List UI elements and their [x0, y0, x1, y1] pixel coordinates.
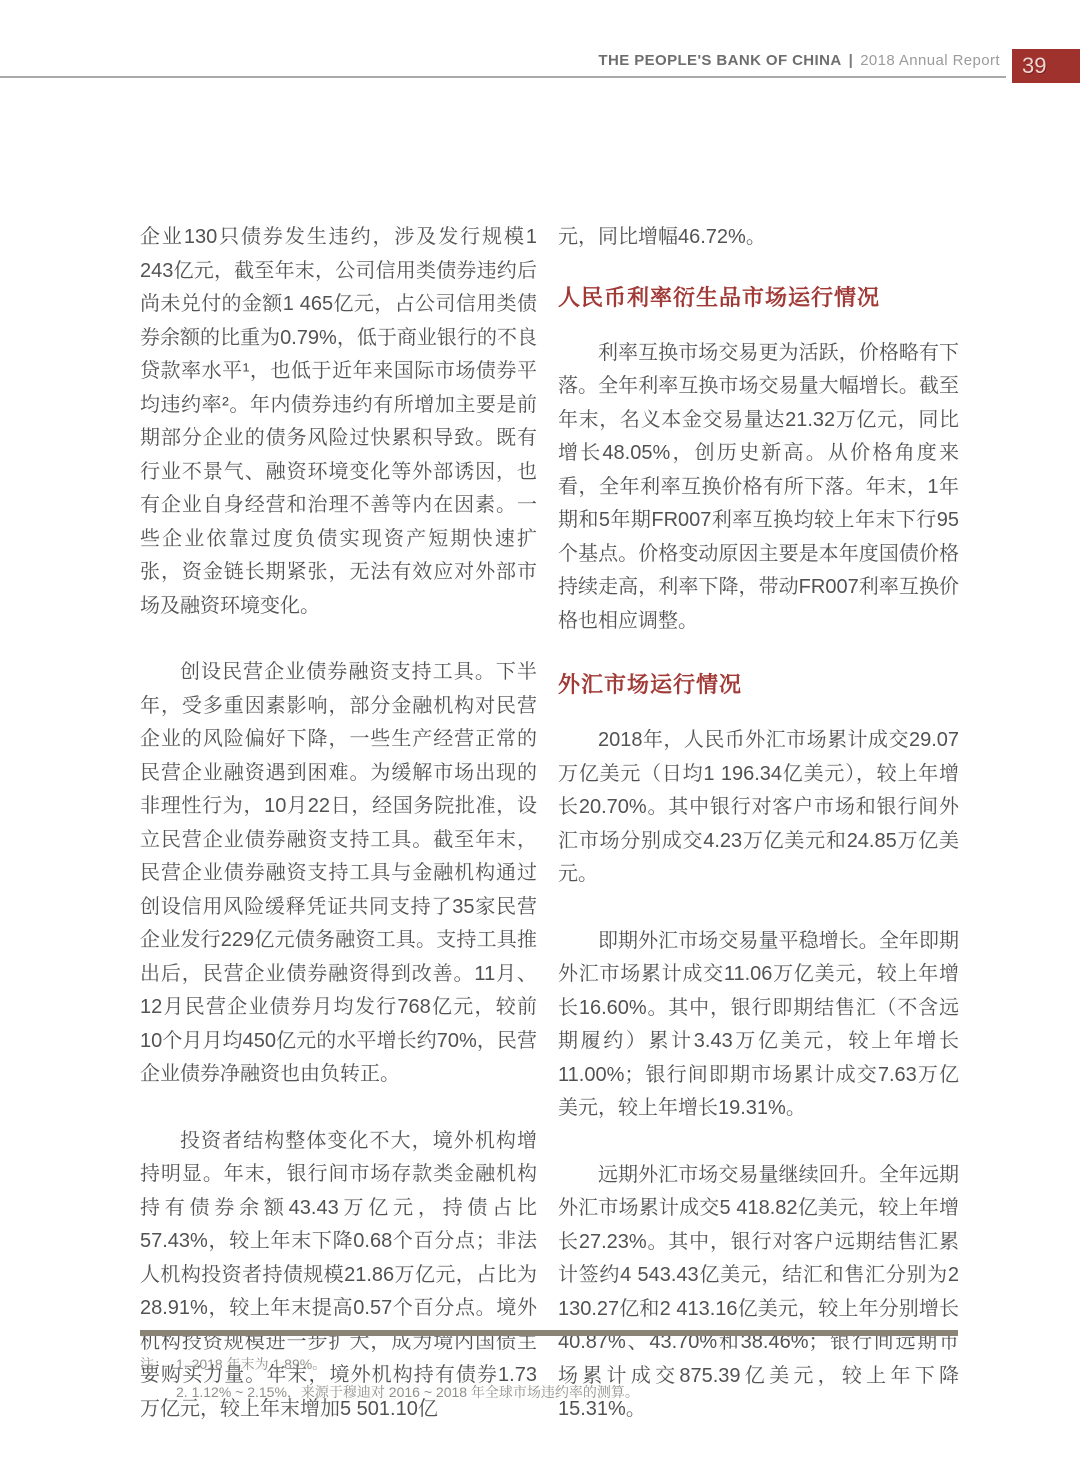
footnote-divider-bar — [140, 1330, 958, 1336]
paragraph-continuation: 元，同比增幅46.72%。 — [558, 221, 959, 255]
footnote-2: 2. 1.12% ~ 2.15%，来源于穆迪对 2016 ~ 2018 年全球市… — [176, 1378, 958, 1406]
page-number-badge: 39 — [1012, 49, 1080, 83]
footnote-items: 1. 2018 年末为 1.89%。 2. 1.12% ~ 2.15%，来源于穆… — [176, 1350, 958, 1406]
paragraph-private-enterprise-bond-tool: 创设民营企业债券融资支持工具。下半年，受多重因素影响，部分金融机构对民营企业的风… — [140, 656, 537, 1092]
footnote-label: 注： — [140, 1350, 176, 1406]
left-column: 企业130只债券发生违约，涉及发行规模1 243亿元，截至年末，公司信用类债券违… — [140, 221, 537, 1426]
right-column: 元，同比增幅46.72%。 人民币利率衍生品市场运行情况 利率互换市场交易更为活… — [558, 221, 959, 1427]
paragraph-interest-rate-swap: 利率互换市场交易更为活跃，价格略有下落。全年利率互换市场交易量大幅增长。截至年末… — [558, 337, 959, 639]
header-report-title: 2018 Annual Report — [860, 52, 1000, 69]
report-page: THE PEOPLE'S BANK OF CHINA|2018 Annual R… — [0, 0, 1080, 1468]
heading-fx-market: 外汇市场运行情况 — [558, 671, 959, 699]
header-rule — [0, 76, 1006, 78]
header-org-name: THE PEOPLE'S BANK OF CHINA — [598, 52, 841, 69]
footnotes: 注： 1. 2018 年末为 1.89%。 2. 1.12% ~ 2.15%，来… — [140, 1350, 958, 1406]
header-divider: | — [849, 52, 854, 69]
paragraph-fx-overview: 2018年，人民币外汇市场累计成交29.07万亿美元（日均1 196.34亿美元… — [558, 724, 959, 892]
page-header: THE PEOPLE'S BANK OF CHINA|2018 Annual R… — [598, 52, 1000, 69]
paragraph-spot-fx: 即期外汇市场交易量平稳增长。全年即期外汇市场累计成交11.06万亿美元，较上年增… — [558, 925, 959, 1126]
footnote-1: 1. 2018 年末为 1.89%。 — [176, 1350, 958, 1378]
heading-rmb-interest-rate-derivatives: 人民币利率衍生品市场运行情况 — [558, 284, 959, 312]
paragraph-bond-defaults: 企业130只债券发生违约，涉及发行规模1 243亿元，截至年末，公司信用类债券违… — [140, 221, 537, 623]
